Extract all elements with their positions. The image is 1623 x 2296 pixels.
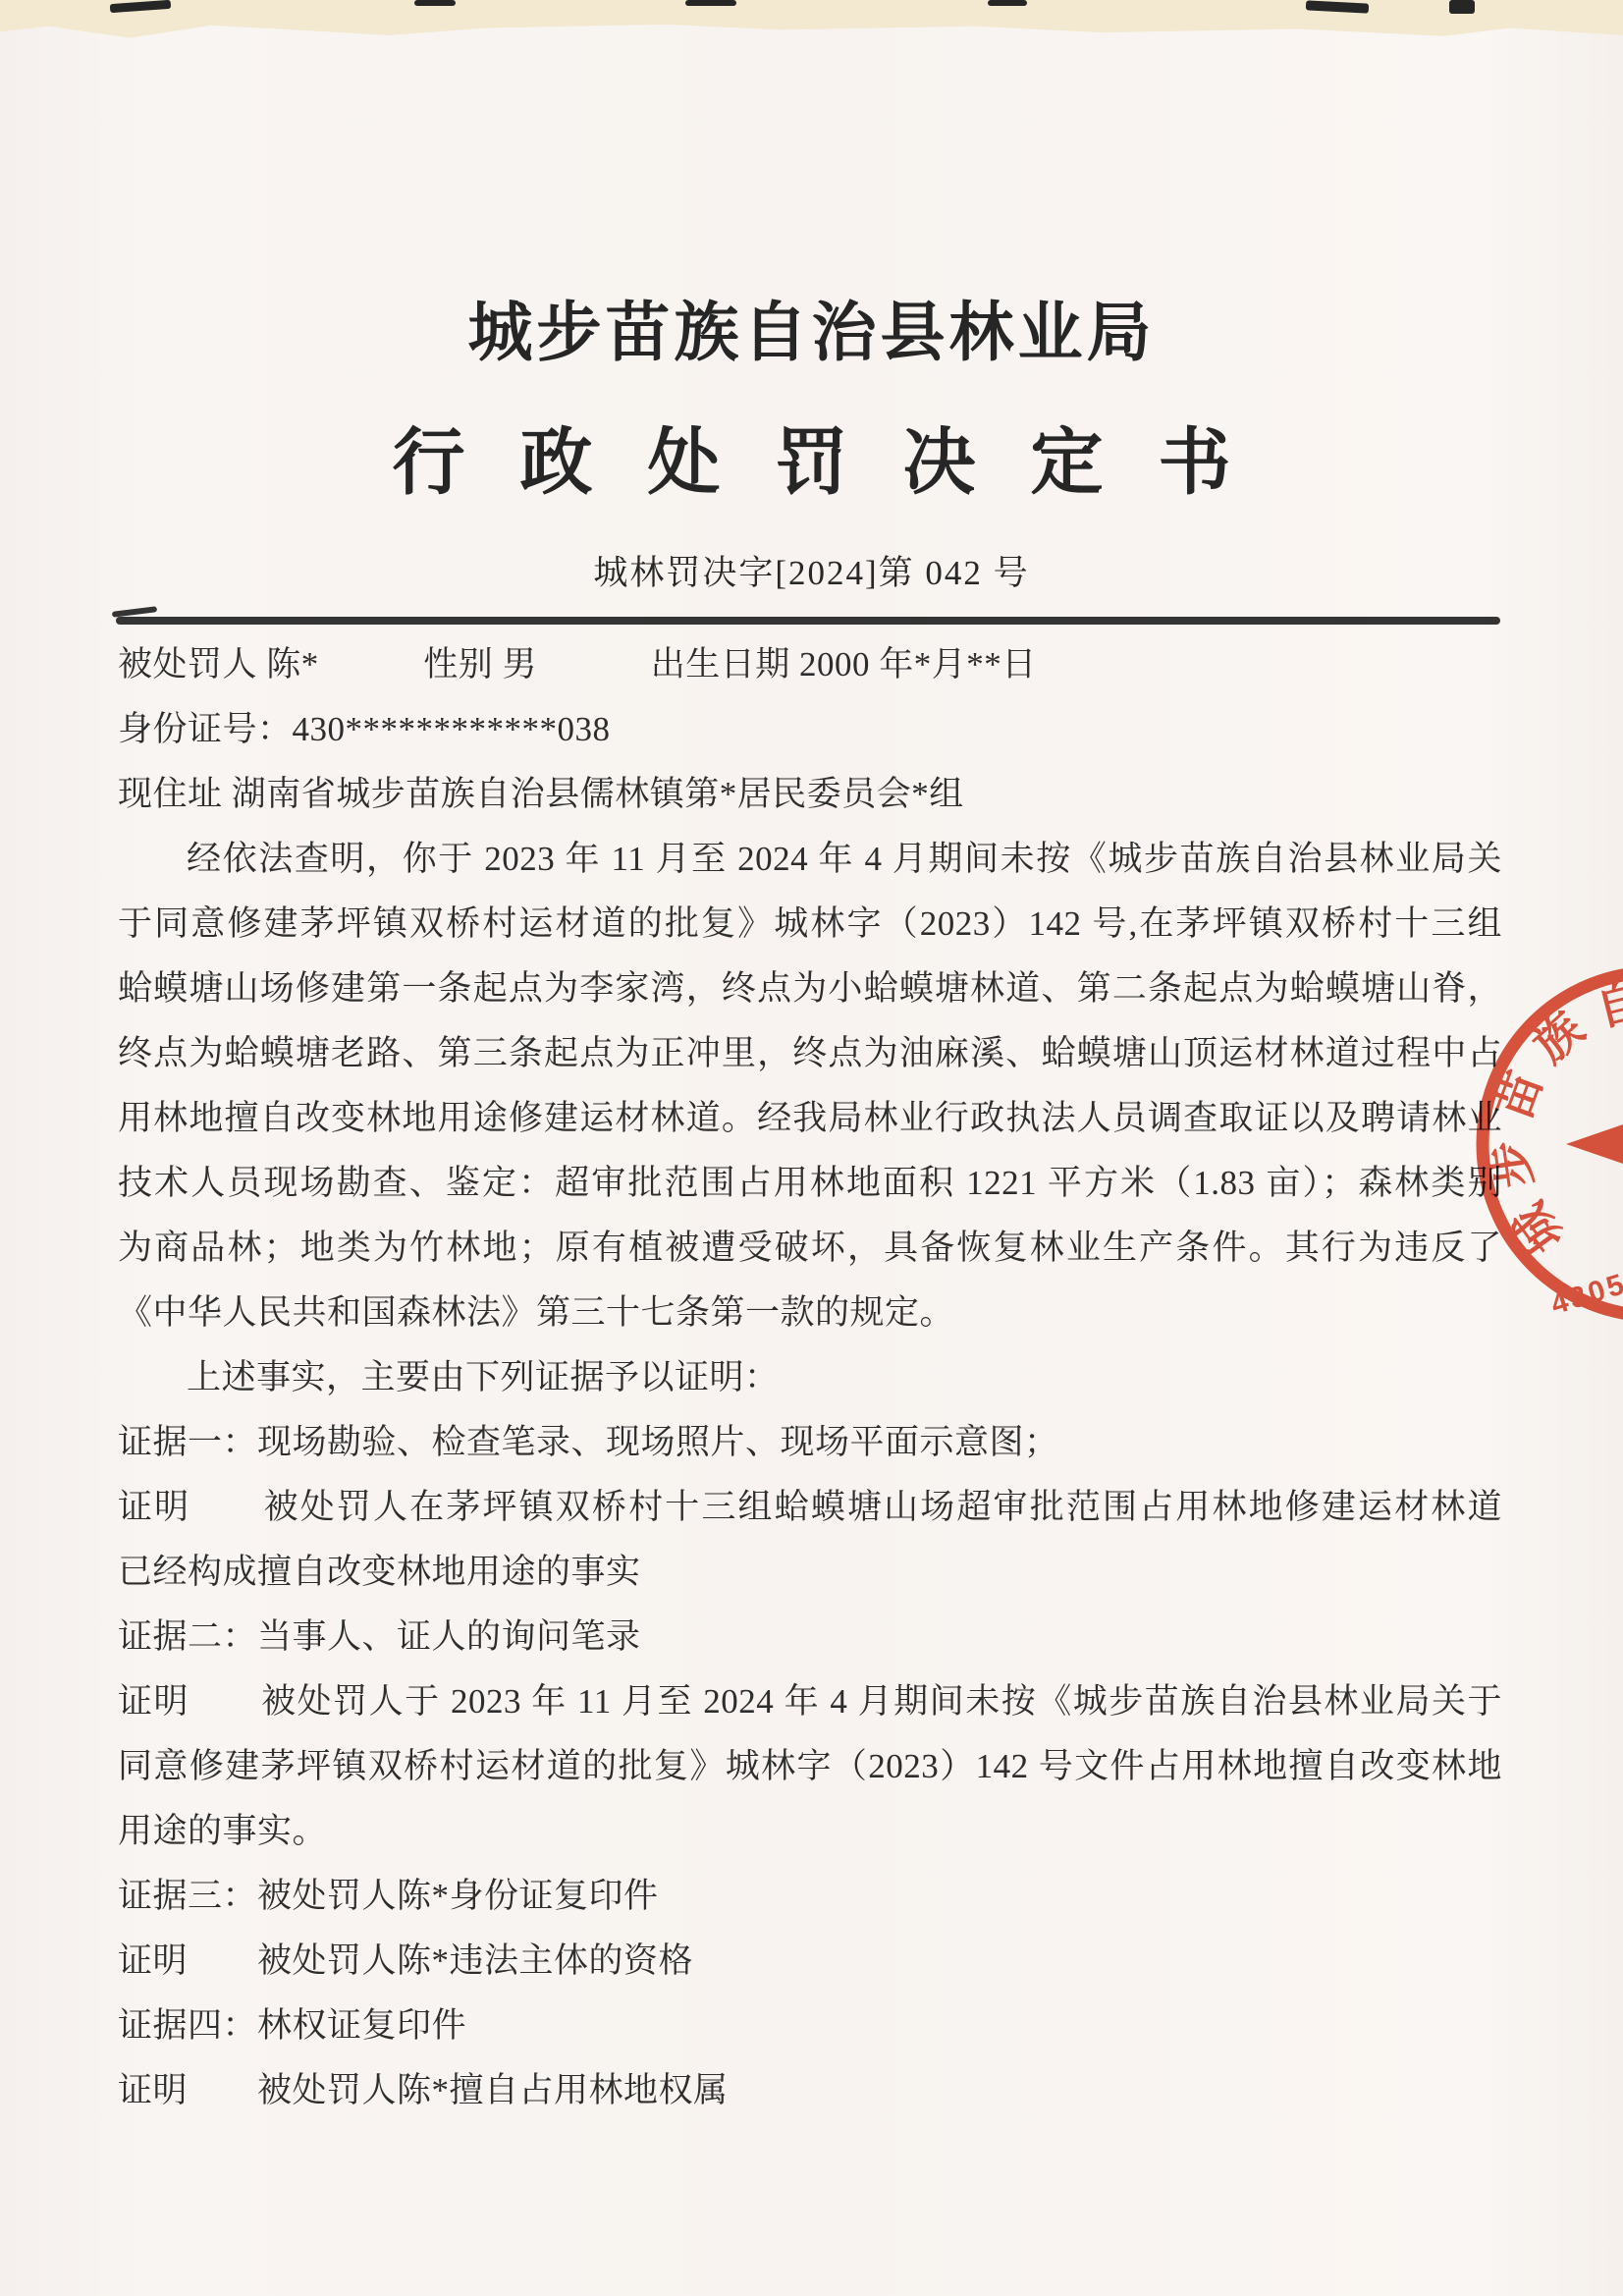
document-line: 终点为蛤蟆塘老路、第三条起点为正冲里，终点为油麻溪、蛤蟆塘山顶运材林道过程中占 [118,1021,1502,1086]
document-line: 经依法查明，你于 2023 年 11 月至 2024 年 4 月期间未按《城步苗… [118,827,1502,892]
document-line: 为商品林；地类为竹林地；原有植被遭受破坏，具备恢复林业生产条件。其行为违反了 [118,1216,1502,1281]
seal-arc-char: 步 [1484,1137,1542,1191]
seal-star-icon [1566,1060,1623,1229]
document-line: 身份证号：430************038 [118,697,1502,762]
document-line: 技术人员现场勘查、鉴定：超审批范围占用林地面积 1221 平方米（1.83 亩）… [118,1151,1502,1216]
divider-rule [116,617,1500,625]
document-line: 上述事实，主要由下列证据予以证明： [118,1345,1502,1410]
document-line: 证据三：被处罚人陈*身份证复印件 [118,1864,1502,1929]
scan-speck [988,0,1027,6]
document-line: 证明 被处罚人陈*擅自占用林地权属 [118,2058,1502,2123]
scanned-document-page: 城步苗族自治县林业局 行政处罚决定书 城林罚决字[2024]第 042 号 被处… [0,0,1623,2296]
document-line: 现住址 湖南省城步苗族自治县儒林镇第*居民委员会*组 [118,762,1502,827]
seal-arc-char: 自 [1592,974,1623,1036]
document-line: 证据一：现场勘验、检查笔录、现场照片、现场平面示意图； [118,1410,1502,1475]
scan-speck [414,0,456,6]
document-line: 已经构成擅自改变林地用途的事实 [118,1540,1502,1605]
document-line: 证明 被处罚人陈*违法主体的资格 [118,1929,1502,1994]
document-line: 同意修建茅坪镇双桥村运材道的批复》城林字（2023）142 号文件占用林地擅自改… [118,1734,1502,1799]
document-line: 被处罚人 陈* 性别 男 出生日期 2000 年*月**日 [118,632,1502,697]
document-body: 被处罚人 陈* 性别 男 出生日期 2000 年*月**日 身份证号：430**… [118,632,1502,2123]
document-number: 城林罚决字[2024]第 042 号 [0,546,1623,595]
document-line: 证明 被处罚人于 2023 年 11 月至 2024 年 4 月期间未按《城步苗… [118,1669,1502,1734]
scan-edge-band [0,0,1623,45]
document-line: 证明 被处罚人在茅坪镇双桥村十三组蛤蟆塘山场超审批范围占用林地修建运材林道 [118,1475,1502,1540]
document-line: 证据二：当事人、证人的询问笔录 [118,1605,1502,1669]
document-title: 行政处罚决定书 [27,420,1623,508]
org-title: 城步苗族自治县林业局 [0,295,1623,372]
scan-speck [1449,0,1475,14]
document-line: 蛤蟆塘山场修建第一条起点为李家湾，终点为小蛤蟆塘林道、第二条起点为蛤蟆塘山脊， [118,957,1502,1021]
document-line: 于同意修建茅坪镇双桥村运材道的批复》城林字（2023）142 号,在茅坪镇双桥村… [118,892,1502,957]
document-line: 用途的事实。 [118,1799,1502,1864]
document-line: 证据四：林权证复印件 [118,1994,1502,2058]
scan-speck [685,0,736,6]
official-seal: 城 步 苗 族 自 4305 [1399,869,1623,1419]
document-line: 用林地擅自改变林地用途修建运材林道。经我局林业行政执法人员调查取证以及聘请林业 [118,1086,1502,1151]
document-line: 《中华人民共和国森林法》第三十七条第一款的规定。 [118,1281,1502,1345]
